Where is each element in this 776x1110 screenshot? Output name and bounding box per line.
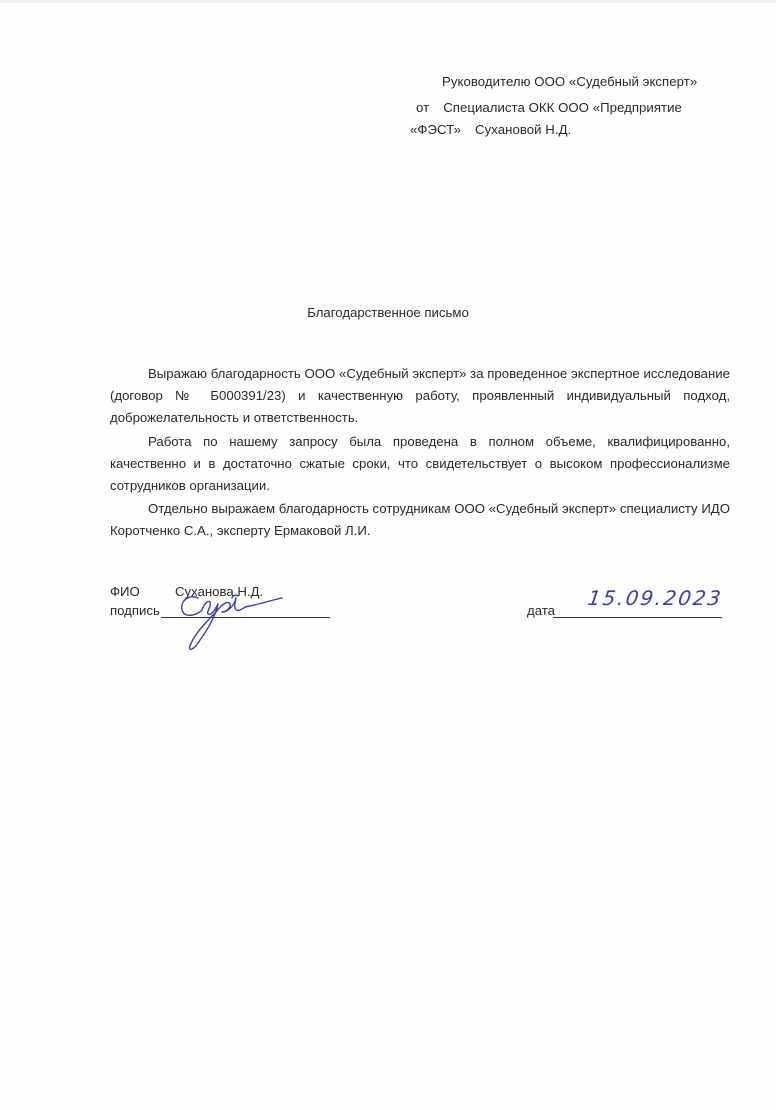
paragraph-1: Выражаю благодарность ООО «Судебный эксп… <box>110 363 730 429</box>
handwritten-date: 15.09.2023 <box>586 586 724 610</box>
paragraph-text: Отдельно выражаем благодарность сотрудни… <box>110 498 730 542</box>
signature-label: подпись <box>110 603 160 618</box>
from-label: от <box>416 100 429 115</box>
addressee-line-2: отСпециалиста ОКК ООО «Предприятие <box>416 100 682 115</box>
sender-name: Сухановой Н.Д. <box>475 122 571 137</box>
paragraph-text: Работа по нашему запросу была проведена … <box>110 431 730 497</box>
letter-page: Руководителю ООО «Судебный эксперт» отСп… <box>0 0 776 1110</box>
letter-title: Благодарственное письмо <box>0 305 776 320</box>
handwritten-signature-icon <box>176 590 286 656</box>
addressee-line-1: Руководителю ООО «Судебный эксперт» <box>442 74 697 89</box>
fio-label: ФИО <box>110 584 140 599</box>
date-label: дата <box>527 603 555 618</box>
sender-position: Специалиста ОКК ООО «Предприятие <box>443 100 682 115</box>
addressee-line-3: «ФЭСТ»Сухановой Н.Д. <box>410 122 571 137</box>
paragraph-3: Отдельно выражаем благодарность сотрудни… <box>110 498 730 542</box>
sender-organization: «ФЭСТ» <box>410 122 461 137</box>
paragraph-text: Выражаю благодарность ООО «Судебный эксп… <box>110 363 730 429</box>
date-line <box>553 617 722 618</box>
page-edge <box>0 0 776 3</box>
paragraph-2: Работа по нашему запросу была проведена … <box>110 431 730 497</box>
